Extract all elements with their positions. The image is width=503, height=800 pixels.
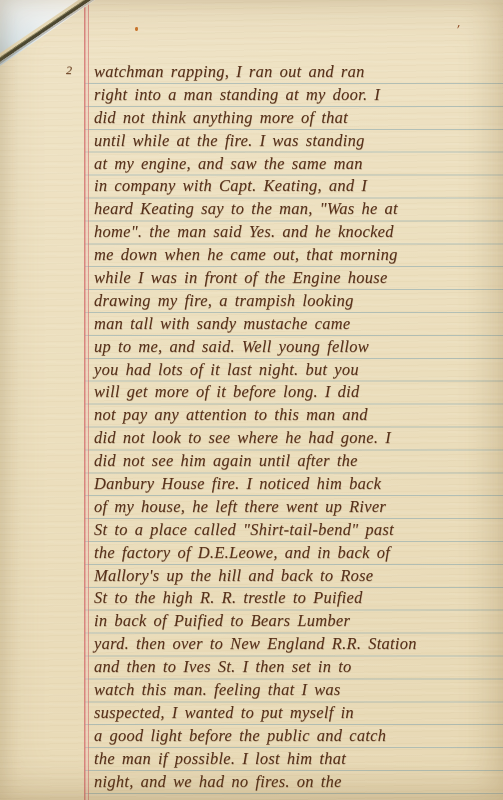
manuscript-line: Mallory's up the hill and back to Rose [94, 565, 494, 588]
manuscript-line: watchman rapping, I ran out and ran [94, 61, 494, 84]
manuscript-line: you had lots of it last night. but you [94, 359, 494, 382]
manuscript-line: while I was in front of the Engine house [94, 267, 494, 290]
manuscript-line: St to a place called "Shirt-tail-bend" p… [94, 519, 494, 542]
stray-ink-mark: ' [453, 23, 460, 39]
manuscript-line: drawing my fire, a trampish looking [94, 290, 494, 313]
manuscript-line: right into a man standing at my door. I [94, 84, 494, 107]
manuscript-line: did not look to see where he had gone. I [94, 427, 494, 450]
manuscript-line: did not see him again until after the [94, 450, 494, 473]
manuscript-line: of my house, he left there went up River [94, 496, 494, 519]
manuscript-line: not pay any attention to this man and [94, 404, 494, 427]
manuscript-line: man tall with sandy mustache came [94, 313, 494, 336]
ink-speck [135, 27, 138, 31]
manuscript-line: in company with Capt. Keating, and I [94, 175, 494, 198]
manuscript-line: and then to Ives St. I then set in to [94, 656, 494, 679]
folded-corner [0, 0, 95, 66]
manuscript-line: yard. then over to New England R.R. Stat… [94, 633, 494, 656]
manuscript-line: a good light before the public and catch [94, 725, 494, 748]
handwritten-text-block: watchman rapping, I ran out and ran righ… [94, 61, 494, 794]
manuscript-line: watch this man. feeling that I was [94, 679, 494, 702]
manuscript-line: the man if possible. I lost him that [94, 748, 494, 771]
manuscript-line: suspected, I wanted to put myself in [94, 702, 494, 725]
manuscript-line: night, and we had no fires. on the [94, 771, 494, 794]
manuscript-line: in back of Puified to Bears Lumber [94, 610, 494, 633]
manuscript-line: at my engine, and saw the same man [94, 153, 494, 176]
manuscript-line: up to me, and said. Well young fellow [94, 336, 494, 359]
manuscript-line: home". the man said Yes. and he knocked [94, 221, 494, 244]
manuscript-page: ' 2 watchman rapping, I ran out and ran … [0, 0, 503, 800]
manuscript-line: the factory of D.E.Leowe, and in back of [94, 542, 494, 565]
page-number: 2 [66, 63, 72, 78]
manuscript-line: Danbury House fire. I noticed him back [94, 473, 494, 496]
manuscript-line: me down when he came out, that morning [94, 244, 494, 267]
manuscript-line: heard Keating say to the man, "Was he at [94, 198, 494, 221]
manuscript-line: did not think anything more of that [94, 107, 494, 130]
red-margin-rule [84, 0, 90, 800]
manuscript-line: St to the high R. R. trestle to Puified [94, 587, 494, 610]
manuscript-line: will get more of it before long. I did [94, 381, 494, 404]
manuscript-line: until while at the fire. I was standing [94, 130, 494, 153]
